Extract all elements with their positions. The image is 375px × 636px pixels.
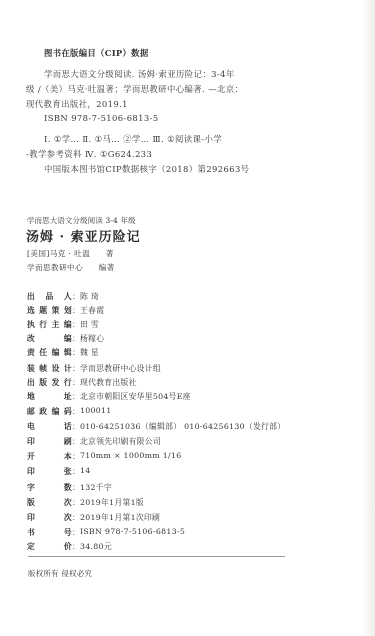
imprint-value: 田 雪 [80,319,99,330]
editor-name: 学而思教研中心 [27,263,83,272]
imprint-row-adapter: 改编：杨稼心 [27,333,104,344]
cip-description-line-1: 学而思大语文分级阅读. 汤姆·索亚历险记：3-4年 [44,68,235,80]
imprint-row-planner: 选题策划：王春霞 [27,305,104,316]
imprint-row-sheets: 印张：14 [27,466,91,477]
imprint-label: 责任编辑 [27,347,72,358]
cip-classification-line-2: -教学参考资料 Ⅳ. ①G624.233 [26,148,152,160]
imprint-value: 010-64251036（编辑部） 010-64256130（发行部） [80,421,285,432]
imprint-row-responsible-editor: 责任编辑：魏 星 [27,347,99,358]
imprint-label: 版次 [27,497,72,508]
imprint-label: 字数 [27,482,72,493]
imprint-value: 北京领先印刷有限公司 [80,436,161,447]
cip-classification-line-1: Ⅰ. ①学… Ⅱ. ①马… ②学… Ⅲ. ①阅读课-小学 [44,133,222,145]
imprint-label: 地址 [27,391,72,402]
imprint-value: 北京市朝阳区安华里504号E座 [80,391,191,402]
imprint-row-postcode: 邮政编码：100011 [27,406,112,417]
book-title: 汤姆 · 索亚历险记 [26,226,141,245]
imprint-row-address: 地址：北京市朝阳区安华里504号E座 [27,391,191,402]
imprint-label: 开本 [27,451,72,462]
imprint-label: 书号 [27,527,72,538]
cip-heading: 图书在版编目（CIP）数据 [44,47,149,59]
imprint-label: 执行主编 [27,319,72,330]
imprint-row-isbn: 书号：ISBN 978-7-5106-6813-5 [27,527,185,538]
imprint-row-executive-editor: 执行主编：田 雪 [27,319,99,330]
imprint-value: 现代教育出版社 [80,377,137,388]
cip-library-record: 中国版本图书馆CIP数据核字（2018）第292663号 [44,163,249,175]
imprint-value: 2019年1月第1版 [80,497,144,508]
imprint-value: 132千字 [80,482,112,493]
imprint-value: 2019年1月第1次印刷 [80,512,160,523]
imprint-label: 邮政编码 [27,406,72,417]
divider-line [28,556,285,557]
imprint-value: 100011 [80,406,112,417]
imprint-value: 34.80元 [80,541,112,552]
imprint-row-design: 装帧设计：学而思教研中心设计组 [27,363,161,374]
editor-role: 编著 [99,263,115,272]
imprint-label: 定价 [27,541,72,552]
imprint-label: 装帧设计 [27,363,72,374]
imprint-row-edition: 版次：2019年1月第1版 [27,497,144,508]
imprint-row-word-count: 字数：132千字 [27,482,112,493]
imprint-value: 学而思教研中心设计组 [80,363,161,374]
imprint-label: 出版发行 [27,377,72,388]
author-credit: [美国]马克 · 吐温 著 [27,248,114,259]
editor-credit: 学而思教研中心 编著 [27,262,115,273]
imprint-label: 印张 [27,466,72,477]
imprint-value: ISBN 978-7-5106-6813-5 [80,527,185,538]
author-role: 著 [106,249,114,258]
imprint-row-printing: 印次：2019年1月第1次印刷 [27,512,160,523]
imprint-label: 印刷 [27,436,72,447]
cip-description-line-2: 级 /（美）马克·吐温著；学而思教研中心编著. —北京： [26,83,243,95]
imprint-value: 王春霞 [80,305,104,316]
author-name: [美国]马克 · 吐温 [27,249,90,258]
imprint-value: 魏 星 [80,347,99,358]
imprint-label: 出品人 [27,291,72,302]
cip-isbn: ISBN 978-7-5106-6813-5 [44,113,159,123]
imprint-label: 电话 [27,421,72,432]
page-edge-shadow [361,0,375,636]
imprint-row-publisher-person: 出品人：陈 琦 [27,291,99,302]
cip-description-line-3: 现代教育出版社，2019.1 [26,98,128,110]
imprint-value: 杨稼心 [80,333,104,344]
imprint-label: 印次 [27,512,72,523]
imprint-row-printer: 印刷：北京领先印刷有限公司 [27,436,161,447]
imprint-row-price: 定价：34.80元 [27,541,112,552]
series-name: 学而思大语文分级阅读 3-4 年级 [27,215,136,226]
imprint-value: 710mm × 1000mm 1/16 [80,451,181,462]
imprint-value: 陈 琦 [80,291,99,302]
imprint-value: 14 [80,466,91,477]
imprint-row-publisher: 出版发行：现代教育出版社 [27,377,137,388]
imprint-row-format: 开本：710mm × 1000mm 1/16 [27,451,181,462]
imprint-row-phone: 电话：010-64251036（编辑部） 010-64256130（发行部） [27,421,285,432]
imprint-label: 选题策划 [27,305,72,316]
imprint-label: 改编 [27,333,72,344]
copyright-notice: 版权所有 侵权必究 [28,568,92,579]
